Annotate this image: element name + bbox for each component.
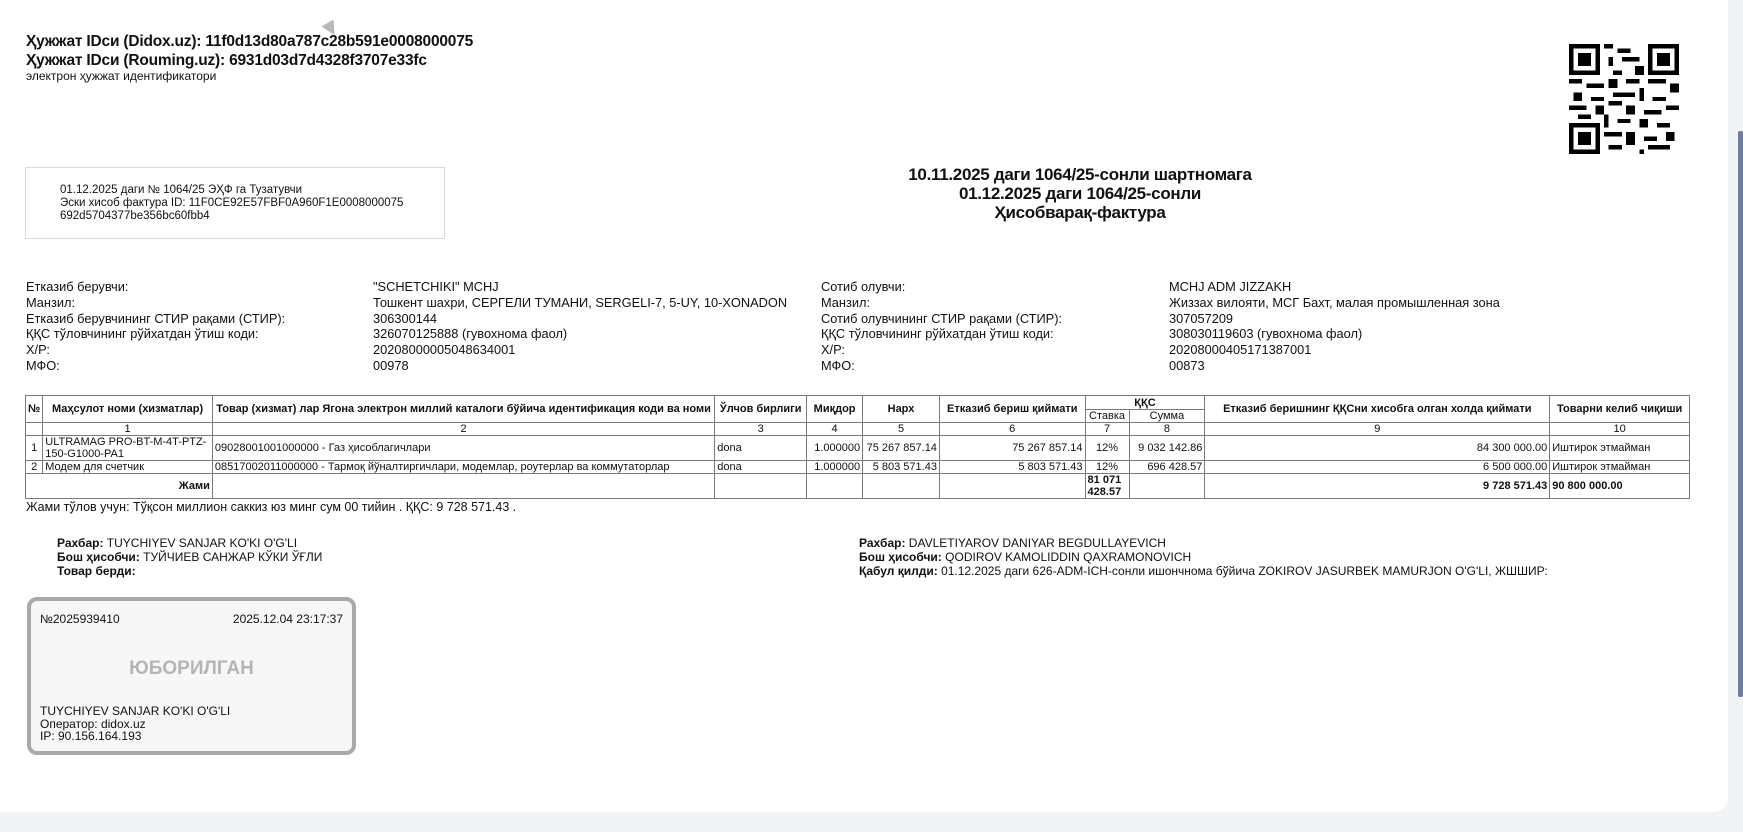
correction-info-box: 01.12.2025 даги № 1064/25 ЭҲФ га Тузатув… (25, 167, 445, 239)
supplier-field-value: 326070125888 (гувохнома фаол) (373, 326, 813, 342)
supplier-labels: Етказиб берувчи:Манзил:Етказиб берувчини… (26, 279, 376, 374)
cell-empty (212, 474, 714, 499)
cell-name: Модем для счетчик (43, 461, 213, 474)
supplier-field-value: 20208000005048634001 (373, 342, 813, 358)
buyer-field-value: 308030119603 (гувохнома фаол) (1169, 326, 1689, 342)
supplier-field-value: 306300144 (373, 311, 813, 327)
signature-person: DAVLETIYAROV DANIYAR BEGDULLAYEVICH (905, 536, 1166, 550)
supplier-field-label: Манзил: (26, 295, 376, 311)
signature-role: Бош ҳисобчи: (57, 550, 140, 564)
supplier-field-value: "SCHETCHIKI" MCHJ (373, 279, 813, 295)
stamp-signer: TUYCHIYEV SANJAR KO'KI O'G'LI (40, 705, 230, 718)
buyer-field-label: Х/Р: (821, 342, 1171, 358)
invoice-type: Ҳисобварақ-фактура (640, 203, 1520, 222)
col-number (26, 423, 43, 436)
column-numbers-row: 12345678910 (26, 423, 1690, 436)
signature-line: Товар берди: (57, 564, 322, 578)
total-label: Жами (26, 474, 213, 499)
correction-line: 01.12.2025 даги № 1064/25 ЭҲФ га Тузатув… (60, 184, 403, 197)
col-number: 4 (807, 423, 863, 436)
cell-price: 5 803 571.43 (863, 461, 940, 474)
signature-line: Бош ҳисобчи: QODIROV KAMOLIDDIN QAXRAMON… (859, 550, 1548, 564)
vertical-scrollbar[interactable] (1738, 131, 1743, 697)
col-header-price: Нарх (863, 396, 940, 423)
contract-reference: 10.11.2025 даги 1064/25-сонли шартномага (640, 165, 1520, 184)
col-header-total-with-vat: Етказиб беришнинг ҚҚСни хисобга олган хо… (1205, 396, 1550, 423)
signature-line: Бош ҳисобчи: ТУЙЧИЕВ САНЖАР КЎКИ ЎҒЛИ (57, 550, 322, 564)
signature-person: 01.12.2025 даги 626-ADM-ICH-сонли ишончн… (938, 564, 1548, 578)
col-number: 6 (939, 423, 1085, 436)
cell-no: 2 (26, 461, 43, 474)
document-id-caption: электрон ҳужжат идентификатори (26, 69, 216, 83)
table-total-row: Жами81 071 428.579 728 571.4390 800 000.… (26, 474, 1690, 499)
buyer-field-value: MCHJ ADM JIZZAKH (1169, 279, 1689, 295)
col-number: 7 (1085, 423, 1129, 436)
buyer-labels: Сотиб олувчи:Манзил:Сотиб олувчининг СТИ… (821, 279, 1171, 374)
supplier-field-label: Етказиб берувчи: (26, 279, 376, 295)
buyer-field-label: ҚҚС тўловчининг рўйхатдан ўтиш коди: (821, 326, 1171, 342)
col-header-origin: Товарни келиб чиқиши (1550, 396, 1690, 423)
cell-name: ULTRAMAG PRO-BT-M-4T-PTZ-150-G1000-PA1 (43, 436, 213, 461)
cell-delivery-cost: 75 267 857.14 (939, 436, 1085, 461)
signature-line: Қабул қилди: 01.12.2025 даги 626-ADM-ICH… (859, 564, 1548, 578)
cell-catalog: 08517002011000000 - Тармоқ йўналтиргичла… (212, 461, 714, 474)
buyer-values: MCHJ ADM JIZZAKHЖиззах вилояти, МСГ Бахт… (1169, 279, 1689, 374)
cell-no: 1 (26, 436, 43, 461)
signature-role: Рахбар: (859, 536, 905, 550)
cell-origin: Иштирок этмайман (1550, 461, 1690, 474)
supplier-field-value: Тошкент шахри, СЕРГЕЛИ ТУМАНИ, SERGELI-7… (373, 295, 813, 311)
col-header-unit: Ўлчов бирлиги (715, 396, 807, 423)
cell-vat-rate: 12% (1085, 436, 1129, 461)
cell-unit: dona (715, 436, 807, 461)
stamp-status: ЮБОРИЛГАН (31, 658, 352, 680)
signature-role: Бош ҳисобчи: (859, 550, 942, 564)
cell-qty: 1.000000 (807, 436, 863, 461)
signature-line: Рахбар: DAVLETIYAROV DANIYAR BEGDULLAYEV… (859, 536, 1548, 550)
table-row: 2Модем для счетчик08517002011000000 - Та… (26, 461, 1690, 474)
signature-role: Товар берди: (57, 564, 136, 578)
document-page: Ҳужжат IDси (Didox.uz): 11f0d13d80a787c2… (0, 0, 1728, 812)
stamp-datetime: 2025.12.04 23:17:37 (233, 612, 343, 626)
col-number: 8 (1129, 423, 1205, 436)
col-header-vat-rate: Ставка (1085, 410, 1129, 423)
stamp-ip: IP: 90.156.164.193 (40, 730, 230, 743)
total-in-words: Жами тўлов учун: Тўқсон миллион саккиз ю… (26, 500, 516, 514)
supplier-field-label: Етказиб берувчининг СТИР рақами (СТИР): (26, 311, 376, 327)
cell-empty (715, 474, 807, 499)
cell-qty: 1.000000 (807, 461, 863, 474)
col-number: 1 (43, 423, 213, 436)
col-number: 9 (1205, 423, 1550, 436)
supplier-field-label: Х/Р: (26, 342, 376, 358)
buyer-field-value: Жиззах вилояти, МСГ Бахт, малая промышле… (1169, 295, 1689, 311)
invoice-number: 01.12.2025 даги 1064/25-сонли (640, 184, 1520, 203)
rouming-id-value: 6931d03d7d4328f3707e33fc (229, 52, 427, 69)
total-vat-sum (1129, 474, 1205, 499)
col-number: 2 (212, 423, 714, 436)
cell-origin: Иштирок этмайман (1550, 436, 1690, 461)
didox-id-label: Ҳужжат IDси (Didox.uz): (26, 33, 201, 50)
col-header-vat-sum: Сумма (1129, 410, 1205, 423)
signature-person: TUYCHIYEV SANJAR KO'KI O'G'LI (103, 536, 297, 550)
cell-empty (807, 474, 863, 499)
invoice-table: № Маҳсулот номи (хизматлар) Товар (хизма… (25, 395, 1690, 499)
signature-role: Қабул қилди: (859, 564, 938, 578)
stamp-number: №2025939410 (40, 612, 120, 626)
total-delivery-cost (939, 474, 1085, 499)
signature-role: Рахбар: (57, 536, 103, 550)
buyer-field-value: 307057209 (1169, 311, 1689, 327)
cell-vat-sum: 696 428.57 (1129, 461, 1205, 474)
buyer-field-value: 00873 (1169, 358, 1689, 374)
signature-person: QODIROV KAMOLIDDIN QAXRAMONOVICH (942, 550, 1191, 564)
col-number: 5 (863, 423, 940, 436)
signature-person: ТУЙЧИЕВ САНЖАР КЎКИ ЎҒЛИ (140, 550, 323, 564)
cell-empty (863, 474, 940, 499)
col-header-catalog: Товар (хизмат) лар Ягона электрон миллий… (212, 396, 714, 423)
cell-catalog: 09028001001000000 - Газ ҳисоблагичлари (212, 436, 714, 461)
col-header-vat: ҚҚС (1085, 396, 1205, 410)
buyer-field-label: МФО: (821, 358, 1171, 374)
cell-total-with-vat: 84 300 000.00 (1205, 436, 1550, 461)
supplier-field-label: ҚҚС тўловчининг рўйхатдан ўтиш коди: (26, 326, 376, 342)
document-title: 10.11.2025 даги 1064/25-сонли шартномага… (640, 165, 1520, 222)
buyer-signatures: Рахбар: DAVLETIYAROV DANIYAR BEGDULLAYEV… (859, 536, 1548, 578)
document-ids: Ҳужжат IDси (Didox.uz): 11f0d13d80a787c2… (26, 32, 473, 70)
cell-vat-rate: 12% (1085, 461, 1129, 474)
total-with-vat: 9 728 571.43 (1205, 474, 1550, 499)
supplier-signatures: Рахбар: TUYCHIYEV SANJAR KO'KI O'G'LIБош… (57, 536, 322, 578)
rouming-id-label: Ҳужжат IDси (Rouming.uz): (26, 52, 225, 69)
supplier-values: "SCHETCHIKI" MCHJТошкент шахри, СЕРГЕЛИ … (373, 279, 813, 374)
didox-id-value: 11f0d13d80a787c28b591e0008000075 (205, 33, 473, 50)
cell-empty: 90 800 000.00 (1550, 474, 1690, 499)
cell-unit: dona (715, 461, 807, 474)
col-header-no: № (26, 396, 43, 423)
col-header-name: Маҳсулот номи (хизматлар) (43, 396, 213, 423)
supplier-field-value: 00978 (373, 358, 813, 374)
table-row: 1ULTRAMAG PRO-BT-M-4T-PTZ-150-G1000-PA10… (26, 436, 1690, 461)
buyer-field-label: Сотиб олувчи: (821, 279, 1171, 295)
cell-delivery-cost: 5 803 571.43 (939, 461, 1085, 474)
cell-empty: 81 071 428.57 (1085, 474, 1129, 499)
buyer-field-value: 20208000405171387001 (1169, 342, 1689, 358)
cell-vat-sum: 9 032 142.86 (1129, 436, 1205, 461)
old-invoice-id-cont: 692d5704377be356bc60fbb4 (60, 210, 403, 223)
cell-price: 75 267 857.14 (863, 436, 940, 461)
e-signature-stamp: №2025939410 2025.12.04 23:17:37 ЮБОРИЛГА… (27, 597, 356, 755)
old-invoice-id: Эски хисоб фактура ID: 11F0CE92E57FBF0A9… (60, 197, 403, 210)
signature-line: Рахбар: TUYCHIYEV SANJAR KO'KI O'G'LI (57, 536, 322, 550)
col-number: 10 (1550, 423, 1690, 436)
qr-code-icon (1569, 44, 1679, 154)
col-header-delivery-cost: Етказиб бериш қиймати (939, 396, 1085, 423)
col-number: 3 (715, 423, 807, 436)
buyer-field-label: Сотиб олувчининг СТИР рақами (СТИР): (821, 311, 1171, 327)
buyer-field-label: Манзил: (821, 295, 1171, 311)
supplier-field-label: МФО: (26, 358, 376, 374)
cell-total-with-vat: 6 500 000.00 (1205, 461, 1550, 474)
col-header-qty: Миқдор (807, 396, 863, 423)
